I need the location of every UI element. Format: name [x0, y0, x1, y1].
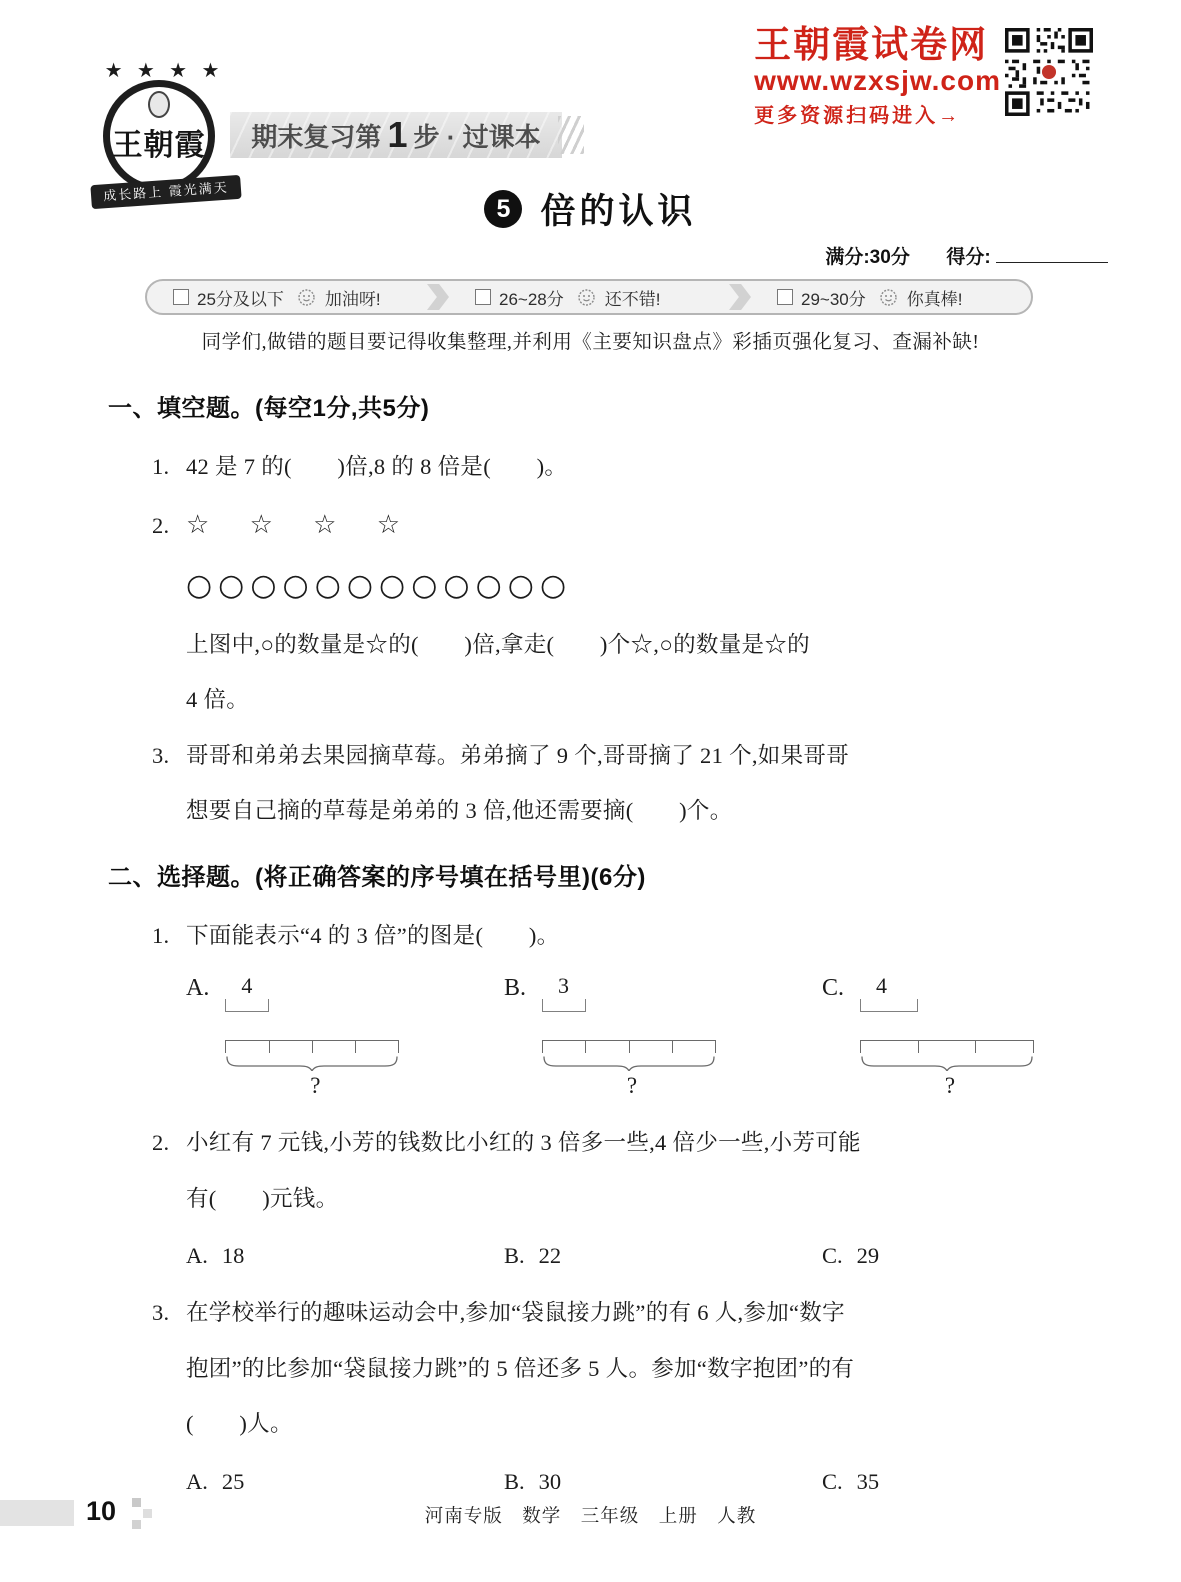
- checkbox-mid[interactable]: [475, 289, 491, 305]
- brand-logo: ★ ★ ★ ★ ★ 王朝霞 成长路上 霞光满天: [95, 58, 233, 198]
- s2-q1-text: 下面能表示“4 的 3 倍”的图是( )。: [186, 923, 559, 948]
- choice-value: 25: [222, 1469, 245, 1494]
- unit-bracket: [542, 999, 586, 1012]
- question-mark: ?: [542, 1073, 722, 1099]
- question-mark: ?: [860, 1073, 1040, 1099]
- qr-code: [1005, 28, 1093, 116]
- s2-q3-line2: 抱团”的比参加“袋鼠接力跳”的 5 倍还多 5 人。参加“数字抱团”的有: [108, 1358, 1073, 1381]
- question-number: 2.: [152, 1132, 186, 1155]
- circles-row: ○○○○○○○○○○○○: [186, 568, 572, 603]
- choice-value: 35: [857, 1469, 880, 1494]
- remark-low: 加油呀!: [325, 285, 381, 310]
- choice-c: C.35: [822, 1469, 1140, 1495]
- diagram-option-a: A. 4 ?: [186, 973, 504, 1099]
- choice-b: B.22: [504, 1243, 822, 1269]
- checkbox-low[interactable]: [173, 289, 189, 305]
- study-tip: 同学们,做错的题目要记得收集整理,并利用《主要知识盘点》彩插页强化复习、查漏补缺…: [0, 326, 1181, 354]
- score-band: 25分及以下 加油呀! 26~28分 还不错! 29~30分 你真棒!: [145, 279, 1033, 315]
- segmented-bar: [860, 1040, 1034, 1053]
- s2-q1: 1.下面能表示“4 的 3 倍”的图是( )。: [108, 925, 1073, 948]
- step-banner-text-2: 步 · 过课本: [413, 117, 540, 154]
- question-number: 1.: [152, 925, 186, 948]
- choice-c: C.29: [822, 1243, 1140, 1269]
- segmented-bar: [542, 1040, 716, 1053]
- unit-value: 4: [225, 973, 405, 999]
- choice-value: 29: [857, 1243, 880, 1268]
- s2-q2-line2: 有( )元钱。: [108, 1188, 1073, 1211]
- choice-b: B.30: [504, 1469, 822, 1495]
- s1-q1-text: 42 是 7 的( )倍,8 的 8 倍是( )。: [186, 454, 567, 479]
- choice-label: C.: [822, 1469, 843, 1494]
- logo-portrait-icon: [148, 91, 170, 118]
- question-number: 3.: [152, 1302, 186, 1325]
- site-title: 王朝霞试卷网: [754, 26, 1001, 65]
- remark-high: 你真棒!: [907, 285, 963, 310]
- option-label: A.: [186, 975, 209, 1099]
- page-header: ★ ★ ★ ★ ★ 王朝霞 成长路上 霞光满天 期末复习第 1 步 · 过课本 …: [0, 0, 1181, 178]
- choice-label: C.: [822, 1243, 843, 1268]
- score-row: 满分:30分 得分:: [73, 242, 1108, 269]
- smiley-face-icon: [578, 289, 595, 306]
- s1-q2-circles-line: ○○○○○○○○○○○○: [108, 571, 1073, 601]
- section1-heading: 一、填空题。(每空1分,共5分): [108, 388, 1073, 423]
- score-band-segment-mid: 26~28分 还不错!: [449, 285, 729, 310]
- s1-q3-line2: 想要自己摘的草莓是弟弟的 3 倍,他还需要摘( )个。: [108, 800, 1073, 823]
- choice-a: A.18: [186, 1243, 504, 1269]
- unit-bracket: [225, 999, 269, 1012]
- banner-slashes-decoration: [558, 116, 584, 154]
- choice-label: B.: [504, 1469, 525, 1494]
- smiley-face-icon: [880, 289, 897, 306]
- question-area: 一、填空题。(每空1分,共5分) 1.42 是 7 的( )倍,8 的 8 倍是…: [108, 388, 1073, 1495]
- range-high-label: 29~30分: [801, 285, 866, 310]
- s1-q1: 1.42 是 7 的( )倍,8 的 8 倍是( )。: [108, 456, 1073, 479]
- s1-q3-line1: 3.哥哥和弟弟去果园摘草莓。弟弟摘了 9 个,哥哥摘了 21 个,如果哥哥: [108, 745, 1073, 768]
- segmented-bar: [225, 1040, 399, 1053]
- option-label: B.: [504, 975, 526, 1099]
- s2-q2-text: 小红有 7 元钱,小芳的钱数比小红的 3 倍多一些,4 倍少一些,小芳可能: [186, 1130, 861, 1155]
- site-scan-hint: 更多资源扫码进入→: [754, 99, 1001, 128]
- chevron-divider-icon: [427, 284, 449, 310]
- diagram-option-b: B. 3 ?: [504, 973, 822, 1099]
- choice-value: 30: [539, 1469, 562, 1494]
- brace-icon: [542, 1055, 716, 1071]
- unit-value: 3: [542, 973, 722, 999]
- stars-row: ☆ ☆ ☆ ☆: [186, 510, 416, 540]
- s2-q1-diagrams: A. 4 ? B. 3 ?: [108, 973, 1073, 1099]
- lesson-number-badge: 5: [484, 190, 522, 228]
- edition-info: 河南专版 数学 三年级 上册 人教: [0, 1502, 1181, 1528]
- diagram-option-c: C. 4 ?: [822, 973, 1140, 1099]
- logo-circle: 王朝霞: [103, 80, 215, 192]
- choice-a: A.25: [186, 1469, 504, 1495]
- s2-q2-choices: A.18 B.22 C.29: [108, 1243, 1073, 1269]
- s2-q2-line1: 2.小红有 7 元钱,小芳的钱数比小红的 3 倍多一些,4 倍少一些,小芳可能: [108, 1132, 1073, 1155]
- choice-value: 18: [222, 1243, 245, 1268]
- option-label: C.: [822, 975, 844, 1099]
- s1-q2-line1: 上图中,○的数量是☆的( )倍,拿走( )个☆,○的数量是☆的: [108, 634, 1073, 657]
- s2-q3-text: 在学校举行的趣味运动会中,参加“袋鼠接力跳”的有 6 人,参加“数字: [186, 1300, 845, 1325]
- step-banner: 期末复习第 1 步 · 过课本: [230, 112, 562, 158]
- s2-q3-line3: ( )人。: [108, 1413, 1073, 1436]
- score-band-segment-high: 29~30分 你真棒!: [751, 285, 1031, 310]
- range-mid-label: 26~28分: [499, 285, 564, 310]
- smiley-face-icon: [298, 289, 315, 306]
- choice-label: A.: [186, 1469, 208, 1494]
- unit-value: 4: [860, 973, 1040, 999]
- question-mark: ?: [225, 1073, 405, 1099]
- choice-value: 22: [539, 1243, 562, 1268]
- brace-icon: [225, 1055, 399, 1071]
- choice-label: A.: [186, 1243, 208, 1268]
- s2-q3-choices: A.25 B.30 C.35: [108, 1469, 1073, 1495]
- question-number: 2.: [152, 515, 186, 538]
- checkbox-high[interactable]: [777, 289, 793, 305]
- score-blank-line: [996, 245, 1108, 263]
- site-info: 王朝霞试卷网 www.wzxsjw.com 更多资源扫码进入→: [754, 26, 1001, 128]
- range-low-label: 25分及以下: [197, 285, 284, 310]
- unit-bracket: [860, 999, 918, 1012]
- s1-q2-stars-line: 2.☆ ☆ ☆ ☆: [108, 512, 1073, 538]
- question-number: 1.: [152, 456, 186, 479]
- choice-label: B.: [504, 1243, 525, 1268]
- logo-name: 王朝霞: [110, 120, 208, 164]
- section2-heading: 二、选择题。(将正确答案的序号填在括号里)(6分): [108, 857, 1073, 892]
- lesson-title-text: 倍的认识: [540, 192, 696, 231]
- score-band-segment-low: 25分及以下 加油呀!: [147, 285, 427, 310]
- page-footer: 10 河南专版 数学 三年级 上册 人教: [0, 1496, 1181, 1536]
- step-number: 1: [385, 114, 409, 156]
- s1-q2-line2: 4 倍。: [108, 689, 1073, 712]
- qr-center-seal-icon: [1042, 65, 1056, 79]
- brace-icon: [860, 1055, 1034, 1071]
- question-number: 3.: [152, 745, 186, 768]
- remark-mid: 还不错!: [605, 285, 661, 310]
- site-url: www.wzxsjw.com: [754, 65, 1001, 97]
- step-banner-text: 期末复习第: [251, 117, 381, 154]
- s2-q3-line1: 3.在学校举行的趣味运动会中,参加“袋鼠接力跳”的有 6 人,参加“数字: [108, 1302, 1073, 1325]
- s1-q3-text: 哥哥和弟弟去果园摘草莓。弟弟摘了 9 个,哥哥摘了 21 个,如果哥哥: [186, 743, 849, 768]
- got-score-label: 得分:: [946, 247, 990, 268]
- full-score-label: 满分:30分: [825, 247, 909, 268]
- chevron-divider-icon: [729, 284, 751, 310]
